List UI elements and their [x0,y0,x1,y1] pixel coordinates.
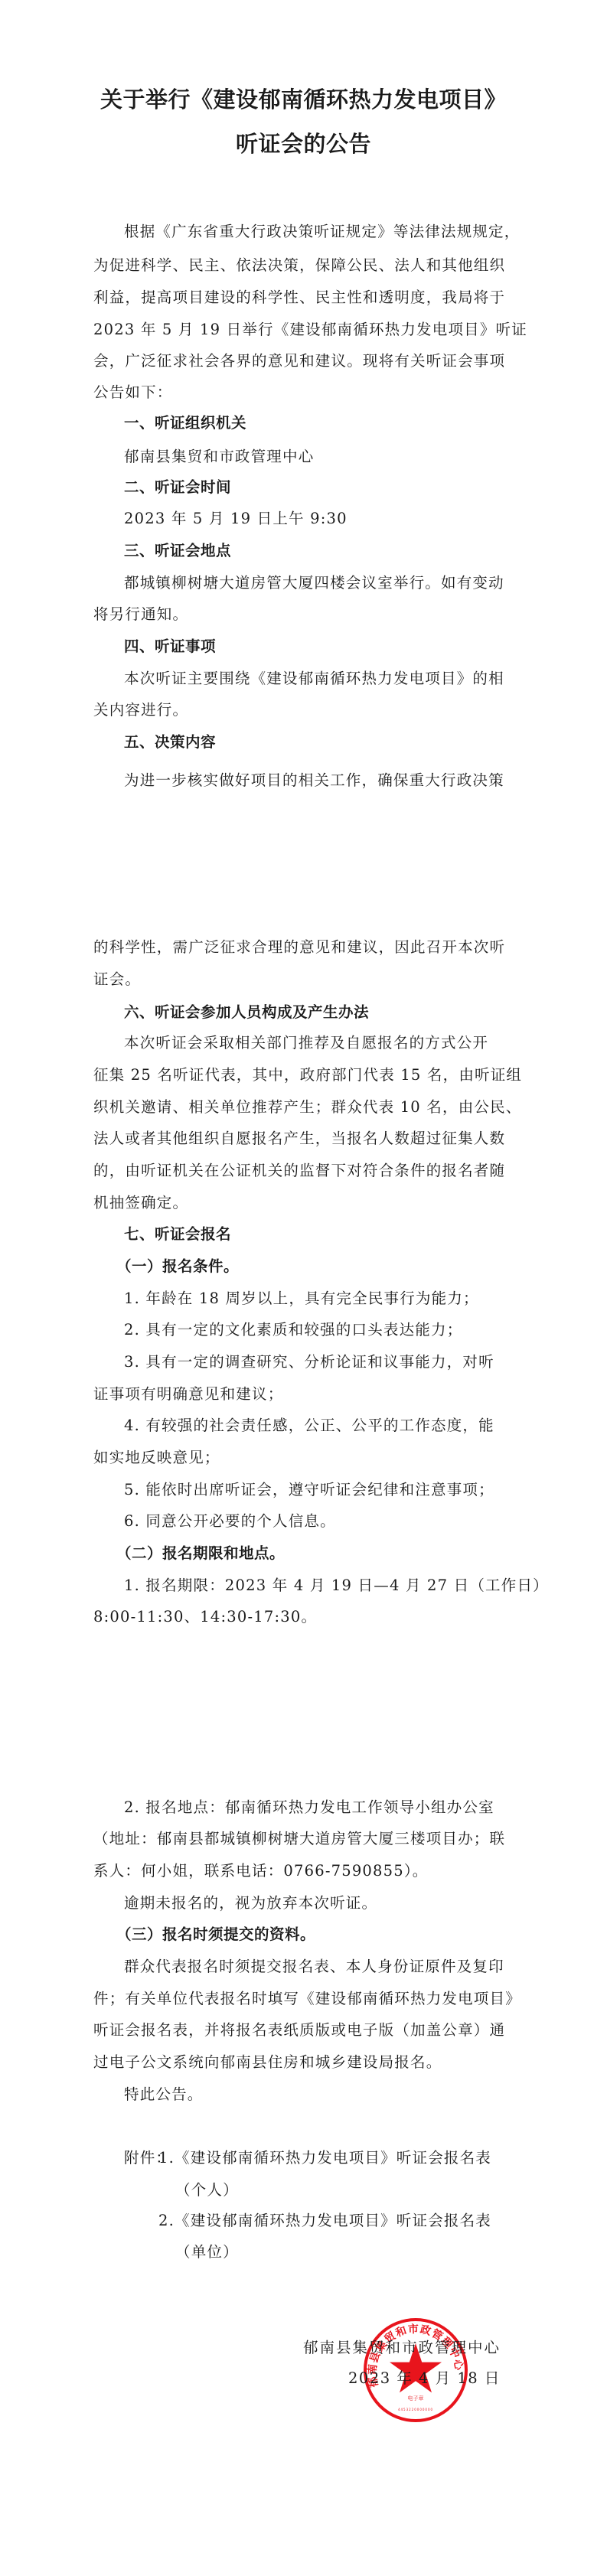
document-title-line-2: 听证会的公告 [0,130,607,158]
intro-line: 利益，提高项目建设的科学性、民主性和透明度，我局将于 [93,289,505,307]
section-body-participants: 法人或者其他组织自愿报名产生，当报名人数超过征集人数 [93,1130,505,1148]
condition-item: 如实地反映意见； [93,1449,220,1467]
document-title-line-1: 关于举行《建设郁南循环热力发电项目》 [0,86,607,113]
subsection-heading-conditions: （一）报名条件。 [116,1257,239,1276]
intro-line: 为促进科学、民主、依法决策，保障公民、法人和其他组织 [93,256,505,275]
intro-line: 2023 年 5 月 19 日举行《建设郁南循环热力发电项目》听证 [93,321,527,339]
section-body-decision: 的科学性，需广泛征求合理的意见和建议，因此召开本次听 [93,938,505,957]
section-body-location: 都城镇柳树塘大道房管大厦四楼会议室举行。如有变动 [124,574,504,592]
section-heading-registration: 七、听证会报名 [124,1225,231,1244]
section-heading-matters: 四、听证事项 [124,637,216,656]
section-body-participants: 机抽签确定。 [93,1194,188,1212]
section-heading-participants: 六、听证会参加人员构成及产生办法 [124,1003,369,1022]
section-body-time: 2023 年 5 月 19 日上午 9:30 [124,510,348,528]
condition-item: 6. 同意公开必要的个人信息。 [124,1512,336,1531]
materials-line: 听证会报名表，并将报名表纸质版或电子版（加盖公章）通 [93,2021,505,2040]
section-body-matters: 关内容进行。 [93,701,188,719]
condition-item: 4. 有较强的社会责任感，公正、公平的工作态度，能 [124,1417,494,1435]
attachment-link-individual[interactable]: 1.《建设郁南循环热力发电项目》听证会报名表 [158,2149,491,2167]
materials-line: 件；有关单位代表报名时填写《建设郁南循环热力发电项目》 [93,1990,521,2008]
signature-organization: 郁南县集贸和市政管理中心 [303,2339,501,2357]
closing-statement: 特此公告。 [124,2085,204,2104]
section-body-participants: 的，由听证机关在公证机关的监督下对符合条件的报名者随 [93,1162,505,1180]
registration-deadline-note: 逾期未报名的，视为放弃本次听证。 [124,1894,377,1912]
section-body-matters: 本次听证主要围绕《建设郁南循环热力发电项目》的相 [124,670,504,688]
section-heading-location: 三、听证会地点 [124,542,231,560]
svg-text:4453220000000: 4453220000000 [398,2408,433,2411]
signature-date: 2023 年 4 月 18 日 [348,2369,501,2388]
attachment-link-unit[interactable]: 2.《建设郁南循环热力发电项目》听证会报名表 [158,2212,491,2230]
section-body-organizer: 郁南县集贸和市政管理中心 [124,448,314,466]
section-body-participants: 征集 25 名听证代表，其中，政府部门代表 15 名，由听证组 [93,1066,522,1084]
attachment-link-unit-suffix: （单位） [175,2243,239,2261]
section-heading-organizer: 一、听证组织机关 [124,414,246,432]
section-body-participants: 本次听证会采取相关部门推荐及自愿报名的方式公开 [124,1034,488,1052]
materials-line: 群众代表报名时须提交报名表、本人身份证原件及复印 [124,1958,504,1976]
subsection-heading-period-location: （二）报名期限和地点。 [116,1544,285,1563]
section-body-participants: 织机关邀请、相关单位推荐产生；群众代表 10 名，由公民、 [93,1098,522,1117]
announcement-document: 关于举行《建设郁南循环热力发电项目》 听证会的公告 根据《广东省重大行政决策听证… [0,0,607,2576]
condition-item: 5. 能依时出席听证会，遵守听证会纪律和注意事项； [124,1481,494,1499]
intro-line: 公告如下： [93,383,173,402]
attachment-link-individual-suffix: （个人） [175,2181,239,2199]
subsection-heading-materials: （三）报名时须提交的资料。 [116,1925,315,1944]
registration-location: 2. 报名地点：郁南循环热力发电工作领导小组办公室 [124,1798,494,1817]
section-body-location: 将另行通知。 [93,605,188,624]
section-body-decision: 为进一步核实做好项目的相关工作，确保重大行政决策 [124,771,504,790]
intro-line: 会，广泛征求社会各界的意见和建议。现将有关听证会事项 [93,352,505,370]
registration-period: 8:00-11:30、14:30-17:30。 [93,1608,317,1626]
intro-line: 根据《广东省重大行政决策听证规定》等法律法规规定， [124,223,521,241]
registration-location: （地址：郁南县都城镇柳树塘大道房管大厦三楼项目办；联 [93,1830,505,1848]
section-body-decision: 证会。 [93,970,141,989]
condition-item: 1. 年龄在 18 周岁以上，具有完全民事行为能力； [124,1290,479,1308]
section-heading-time: 二、听证会时间 [124,478,231,497]
registration-period: 1. 报名期限：2023 年 4 月 19 日—4 月 27 日（工作日） [124,1577,549,1595]
section-heading-decision: 五、决策内容 [124,733,216,752]
condition-item: 证事项有明确意见和建议； [93,1385,283,1404]
svg-text:电子章: 电子章 [408,2395,424,2402]
condition-item: 3. 具有一定的调查研究、分析论证和议事能力，对听 [124,1353,494,1371]
materials-line: 过电子公文系统向郁南县住房和城乡建设局报名。 [93,2053,442,2072]
condition-item: 2. 具有一定的文化素质和较强的口头表达能力； [124,1321,462,1339]
registration-contact: 系人：何小姐，联系电话：0766-7590855）。 [93,1862,429,1880]
